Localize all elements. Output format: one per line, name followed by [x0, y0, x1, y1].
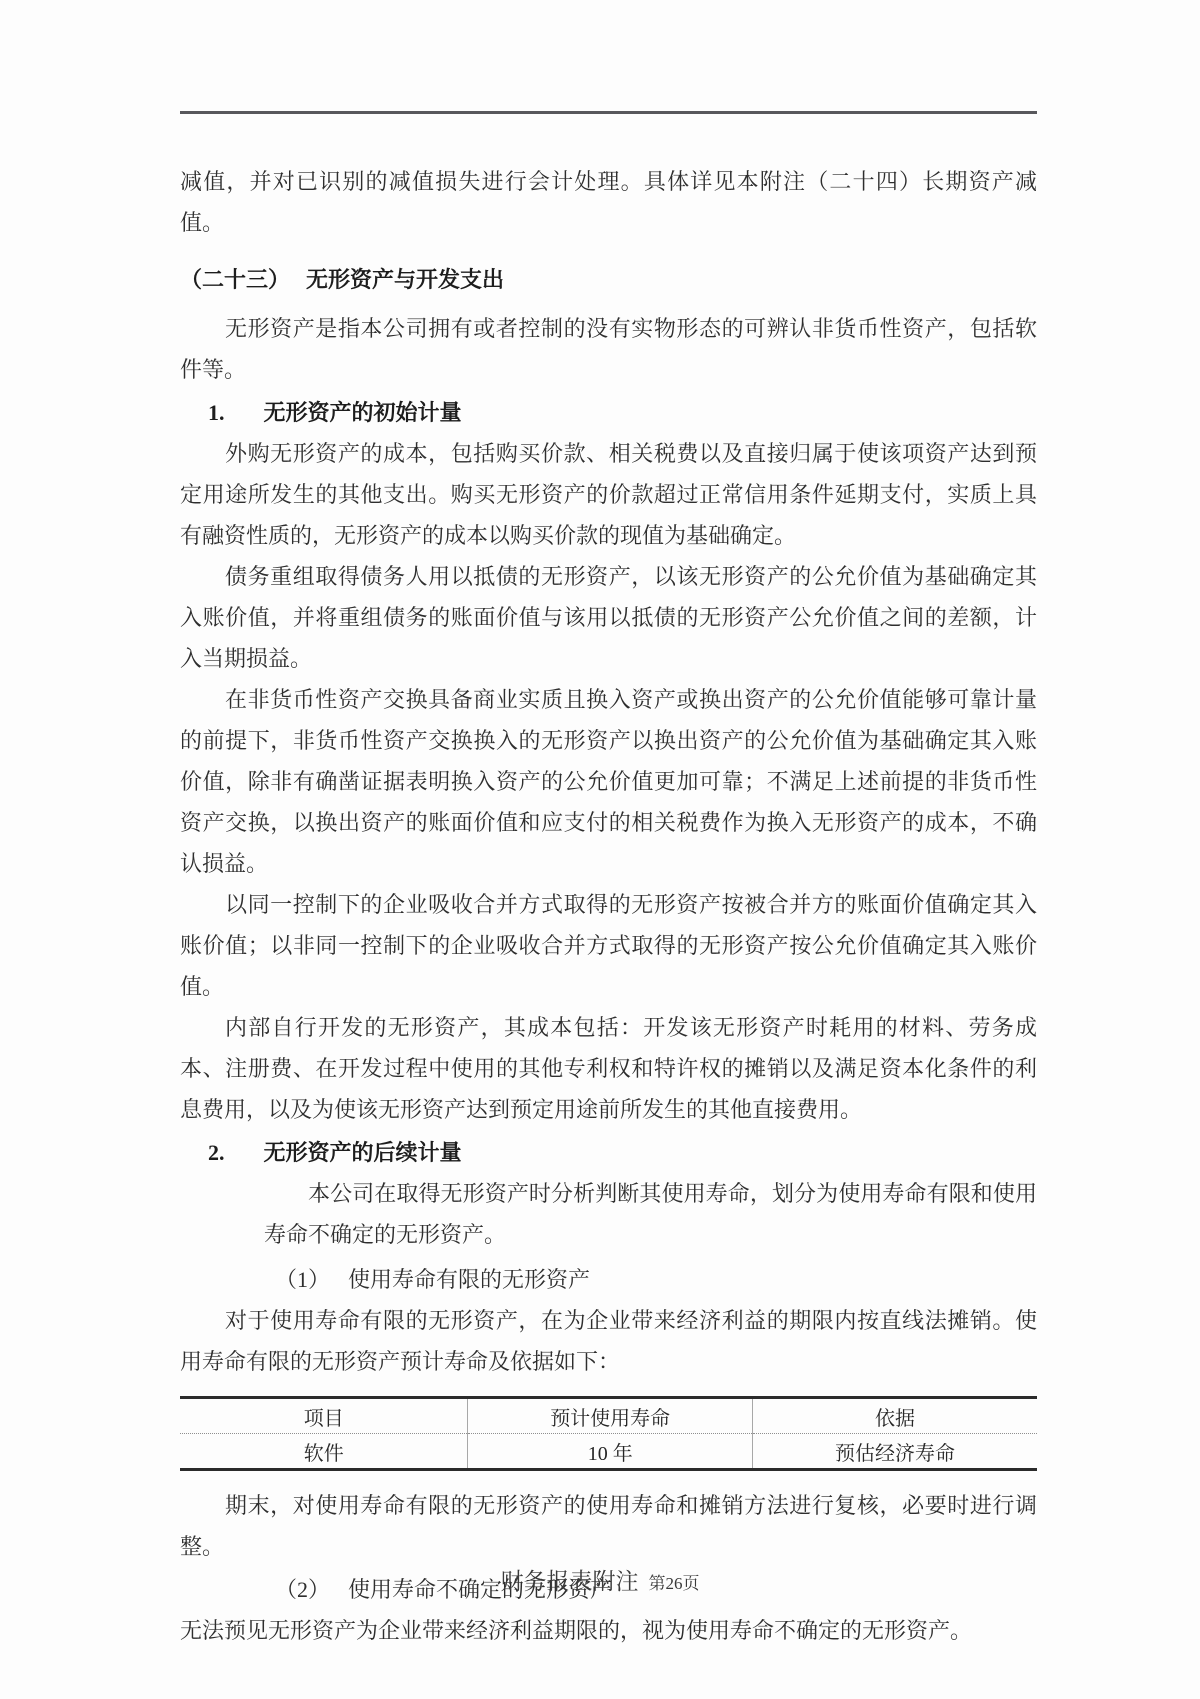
paragraph: 债务重组取得债务人用以抵债的无形资产，以该无形资产的公允价值为基础确定其入账价值… — [180, 556, 1037, 679]
subheading-title: 无形资产的后续计量 — [264, 1140, 462, 1165]
paragraph: 以同一控制下的企业吸收合并方式取得的无形资产按被合并方的账面价值确定其入账价值；… — [180, 884, 1037, 1007]
footer-doc-title: 财务报表附注 — [501, 1569, 639, 1594]
useful-life-intro-paragraph: 本公司在取得无形资产时分析判断其使用寿命，划分为使用寿命有限和使用寿命不确定的无… — [264, 1173, 1037, 1255]
table-header-basis: 依据 — [752, 1398, 1037, 1434]
subheading-number: 1. — [208, 400, 225, 425]
item-title: 使用寿命有限的无形资产 — [348, 1267, 590, 1292]
table-header-expected-life: 预计使用寿命 — [468, 1398, 753, 1434]
subheading-subsequent-measurement: 2.无形资产的后续计量 — [208, 1132, 1037, 1173]
paragraph: 内部自行开发的无形资产，其成本包括：开发该无形资产时耗用的材料、劳务成本、注册费… — [180, 1007, 1037, 1130]
indefinite-life-paragraph: 无法预见无形资产为企业带来经济利益期限的，视为使用寿命不确定的无形资产。 — [180, 1610, 1037, 1651]
paragraph: 外购无形资产的成本，包括购买价款、相关税费以及直接归属于使该项资产达到预定用途所… — [180, 433, 1037, 556]
subheading-initial-measurement: 1.无形资产的初始计量 — [208, 392, 1037, 433]
section-heading: （二十三）无形资产与开发支出 — [180, 259, 1037, 300]
item-number: （1） — [275, 1267, 330, 1292]
table-cell-expected-life: 10 年 — [468, 1434, 753, 1470]
table-cell-basis: 预估经济寿命 — [752, 1434, 1037, 1470]
header-rule — [180, 111, 1037, 114]
section-title: 无形资产与开发支出 — [306, 267, 504, 292]
useful-life-table: 项目 预计使用寿命 依据 软件 10 年 预估经济寿命 — [180, 1396, 1037, 1471]
paragraph: 在非货币性资产交换具备商业实质且换入资产或换出资产的公允价值能够可靠计量的前提下… — [180, 679, 1037, 884]
subheading-number: 2. — [208, 1140, 225, 1165]
page-content: 减值，并对已识别的减值损失进行会计处理。具体详见本附注（二十四）长期资产减值。 … — [180, 0, 1037, 1651]
footer-page-number: 第26页 — [649, 1574, 700, 1593]
table-row: 软件 10 年 预估经济寿命 — [180, 1434, 1037, 1470]
table-header-row: 项目 预计使用寿命 依据 — [180, 1398, 1037, 1434]
section-number: （二十三） — [180, 267, 290, 292]
continuation-paragraph: 减值，并对已识别的减值损失进行会计处理。具体详见本附注（二十四）长期资产减值。 — [180, 161, 1037, 243]
subheading-title: 无形资产的初始计量 — [264, 400, 462, 425]
item-heading-finite-life: （1）使用寿命有限的无形资产 — [275, 1259, 1037, 1300]
table-cell-item: 软件 — [180, 1434, 468, 1470]
page-footer: 财务报表附注第26页 — [0, 1563, 1200, 1596]
document-page: 减值，并对已识别的减值损失进行会计处理。具体详见本附注（二十四）长期资产减值。 … — [0, 0, 1200, 1699]
review-paragraph: 期末，对使用寿命有限的无形资产的使用寿命和摊销方法进行复核，必要时进行调整。 — [180, 1485, 1037, 1567]
table-header-item: 项目 — [180, 1398, 468, 1434]
finite-life-paragraph: 对于使用寿命有限的无形资产，在为企业带来经济利益的期限内按直线法摊销。使用寿命有… — [180, 1300, 1037, 1382]
section-intro-paragraph: 无形资产是指本公司拥有或者控制的没有实物形态的可辨认非货币性资产，包括软件等。 — [180, 308, 1037, 390]
